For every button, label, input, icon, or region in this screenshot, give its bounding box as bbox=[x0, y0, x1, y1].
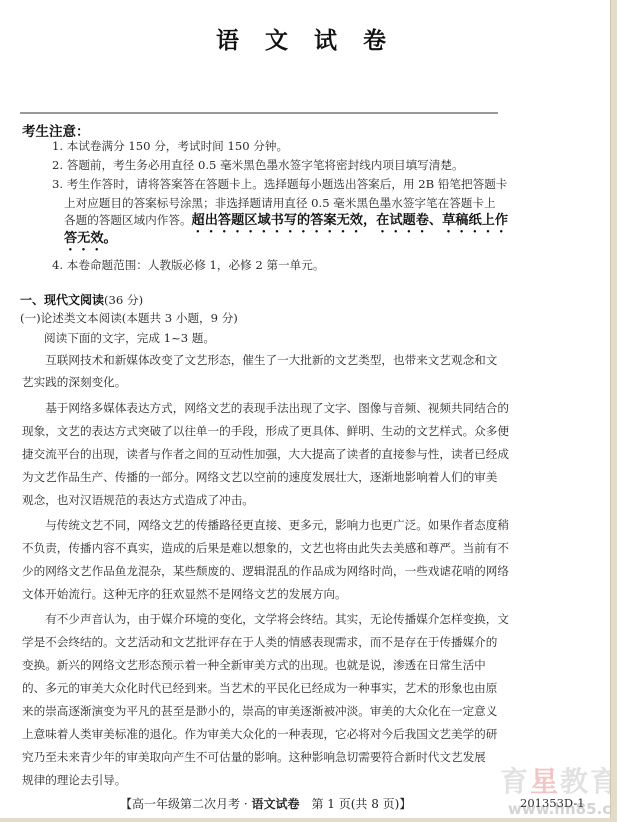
passage-line: 的、多元的审美大众化时代已经到来。当艺术的平民化已经成为一种事实，艺术的形象也由… bbox=[22, 680, 604, 696]
watermark-char: 育 bbox=[500, 765, 530, 798]
passage-line: 文体开始流行。这种无序的狂欢显然不是网络文艺的发展方向。 bbox=[22, 586, 604, 602]
page-edge bbox=[610, 0, 617, 822]
exam-page: 语 文 试 卷 考生注意： 1. 本试卷满分 150 分，考试时间 150 分钟… bbox=[0, 0, 611, 822]
passage-line: 观念，也对汉语规范的表达方式造成了冲击。 bbox=[22, 492, 604, 508]
page-title: 语 文 试 卷 bbox=[0, 22, 611, 55]
instruction: 阅读下面的文字，完成 1~3 题。 bbox=[44, 330, 215, 346]
notice-item-2: 2. 答题前，考生务必用直径 0.5 毫米黑色墨水签字笔将密封线内项目填写清楚。 bbox=[52, 157, 464, 173]
section-title: 一、现代文阅读 bbox=[20, 293, 104, 307]
notice-emphasis-end: 答无效。 bbox=[64, 231, 117, 254]
passage-line: 捷交流平台的出现，读者与作者之间的互动性加强，大大提高了读者的直接参与性，读者已… bbox=[22, 446, 604, 462]
passage-line: 艺实践的深刻变化。 bbox=[22, 374, 604, 390]
section-heading: 一、现代文阅读(36 分) bbox=[20, 292, 143, 308]
passage-line: 有不少声音认为，由于媒介环境的变化，文学将会终结。其实，无论传播媒介怎样变换，文 bbox=[22, 611, 604, 627]
passage-line: 不负责，传播内容不真实，造成的后果是难以想象的，文艺也将由此失去美感和尊严。当前… bbox=[22, 540, 604, 556]
page-footer: 【高一年级第二次月考 · 语文试卷 第 1 页(共 8 页)】 bbox=[120, 795, 411, 812]
passage-line: 现象，文艺的表达方式突破了以往单一的手段，形成了更具体、鲜明、生动的文艺样式。众… bbox=[22, 423, 604, 439]
notice-item-3-cont: 上对应题目的答案标号涂黑；非选择题请用直径 0.5 毫米黑色墨水签字笔在答题卡上 bbox=[64, 195, 496, 211]
passage-line: 互联网技术和新媒体改变了文艺形态，催生了一大批新的文艺类型，也带来文艺观念和文 bbox=[22, 352, 604, 368]
passage-line: 变换。新兴的网络文艺形态预示着一种全新审美方式的出现。也就是说，渗透在日常生活中 bbox=[22, 657, 604, 673]
notice-text: 各题的答题区域内作答。 bbox=[64, 213, 192, 227]
notice-item-3: 3. 考生作答时，请将答案答在答题卡上。选择题每小题选出答案后，用 2B 铅笔把… bbox=[52, 176, 507, 192]
passage-line: 上意味着人类审美标准的退化。作为审美大众化的一种表现，它必将对今后我国文艺美学的… bbox=[22, 726, 604, 742]
section-score: (36 分) bbox=[104, 293, 143, 307]
notice-item-1: 1. 本试卷满分 150 分，考试时间 150 分钟。 bbox=[52, 138, 288, 154]
notice-heading: 考生注意： bbox=[22, 120, 90, 140]
footer-subject: 语文试卷 bbox=[251, 797, 299, 811]
passage-line: 与传统文艺不同，网络文艺的传播路径更直接、更多元，影响力也更广泛。如果作者态度稍 bbox=[22, 517, 604, 533]
notice-emphasis: 超出答题区域书写的答案无效，在试题卷、草稿纸上作 bbox=[192, 213, 509, 228]
watermark-char-red: 星 bbox=[530, 765, 560, 798]
subsection-heading: (一)论述类文本阅读(本题共 3 小题，9 分) bbox=[20, 310, 238, 326]
page-bottom-edge bbox=[0, 818, 617, 822]
watermark-logo: 育星教育网 bbox=[500, 760, 617, 800]
notice-item-3-cont2: 各题的答题区域内作答。超出答题区域书写的答案无效，在试题卷、草稿纸上作 bbox=[64, 212, 508, 236]
notice-item-4: 4. 本卷命题范围：人教版必修 1，必修 2 第一单元。 bbox=[52, 257, 324, 273]
passage-line: 为文艺作品生产、传播的一部分。网络文艺以空前的速度发展壮大，逐渐地影响着人们的审… bbox=[22, 469, 604, 485]
footer-page: 第 1 页(共 8 页)】 bbox=[299, 797, 411, 811]
paper-code: 201353D-1 bbox=[520, 796, 585, 810]
passage-line: 学是不会终结的。文艺活动和文艺批评存在于人类的情感表现需求，而不是存在于传播媒介… bbox=[22, 634, 604, 650]
header-divider bbox=[20, 112, 498, 114]
passage-line: 基于网络多媒体表达方式，网络文艺的表现手法出现了文字、图像与音频、视频共同结合的 bbox=[22, 400, 604, 416]
passage-line: 来的崇高逐渐演变为平凡的甚至是渺小的，崇高的审美逐渐被冲淡。审美的大众化在一定意… bbox=[22, 703, 604, 719]
passage-line: 少的网络文艺作品鱼龙混杂，某些颓废的、逻辑混乱的作品成为网络时尚，一些戏谑花哨的… bbox=[22, 563, 604, 579]
footer-open: 【高一年级第二次月考 · bbox=[120, 797, 251, 811]
watermark-chars: 教育网 bbox=[560, 765, 617, 798]
